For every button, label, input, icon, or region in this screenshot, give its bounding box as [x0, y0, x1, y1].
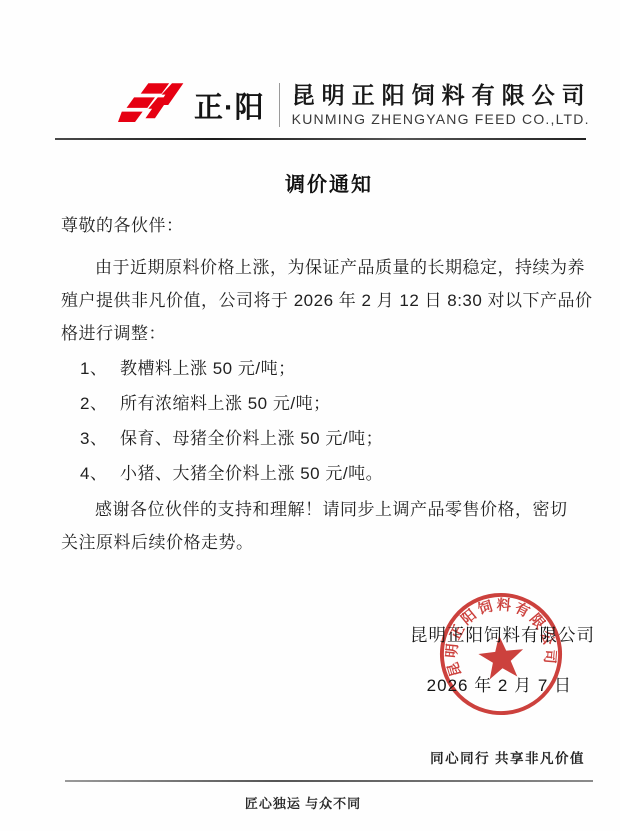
header-rule [55, 138, 586, 140]
company-name-en: KUNMING ZHENGYANG FEED CO.,LTD. [292, 111, 592, 127]
footer-slogan-bottom: 匠心独运 与众不同 [180, 793, 426, 812]
footer-slogan-right: 同心同行 共享非凡价值 [430, 747, 585, 767]
company-seal-stamp: 昆明正阳饲料有限公司 [431, 584, 572, 725]
price-adjustment-list: 1、 教槽料上涨 50 元/吨； 2、 所有浓缩料上涨 50 元/吨； 3、 保… [80, 349, 580, 489]
footer-rule [65, 780, 593, 782]
letterhead: 正·阳 昆明正阳饲料有限公司 KUNMING ZHENGYANG FEED CO… [118, 80, 598, 130]
paragraph-line: 殖户提供非凡价值，公司将于 2026 年 2 月 12 日 8:30 对以下产品… [61, 284, 599, 317]
list-item: 3、 保育、母猪全价料上涨 50 元/吨； [80, 419, 580, 454]
list-item-number: 4、 [80, 459, 120, 484]
body-paragraph-1: 由于近期原料价格上涨，为保证产品质量的长期稳定，持续为养 殖户提供非凡价值，公司… [61, 251, 599, 350]
paragraph-line: 由于近期原料价格上涨，为保证产品质量的长期稳定，持续为养 [61, 251, 599, 284]
brand-wordmark: 正·阳 [194, 85, 265, 126]
body-paragraph-2: 感谢各位伙伴的支持和理解！请同步上调产品零售价格，密切 关注原料后续价格走势。 [61, 493, 599, 559]
header-divider [279, 83, 280, 127]
signature-date: 2026 年 2 月 7 日 [427, 671, 572, 696]
list-item: 2、 所有浓缩料上涨 50 元/吨； [80, 384, 580, 419]
notice-document: 正·阳 昆明正阳饲料有限公司 KUNMING ZHENGYANG FEED CO… [0, 0, 620, 831]
list-item: 1、 教槽料上涨 50 元/吨； [80, 349, 580, 384]
list-item-text: 所有浓缩料上涨 50 元/吨； [120, 389, 331, 414]
company-name-cn: 昆明正阳饲料有限公司 [292, 83, 592, 108]
list-item-text: 小猪、大猪全价料上涨 50 元/吨。 [120, 459, 383, 484]
paragraph-line: 感谢各位伙伴的支持和理解！请同步上调产品零售价格，密切 [61, 493, 599, 526]
list-item-text: 保育、母猪全价料上涨 50 元/吨； [120, 424, 383, 449]
list-item-number: 2、 [80, 389, 120, 414]
notice-title: 调价通知 [61, 168, 597, 197]
paragraph-line: 格进行调整： [61, 317, 599, 350]
list-item: 4、 小猪、大猪全价料上涨 50 元/吨。 [80, 454, 580, 489]
paragraph-line: 关注原料后续价格走势。 [61, 526, 599, 559]
list-item-text: 教槽料上涨 50 元/吨； [120, 354, 296, 379]
list-item-number: 3、 [80, 424, 120, 449]
signature-company: 昆明正阳饲料有限公司 [410, 622, 595, 647]
brand-logo-icon [118, 80, 190, 130]
list-item-number: 1、 [80, 354, 120, 379]
salutation: 尊敬的各伙伴： [61, 211, 184, 236]
company-name-block: 昆明正阳饲料有限公司 KUNMING ZHENGYANG FEED CO.,LT… [292, 83, 592, 127]
